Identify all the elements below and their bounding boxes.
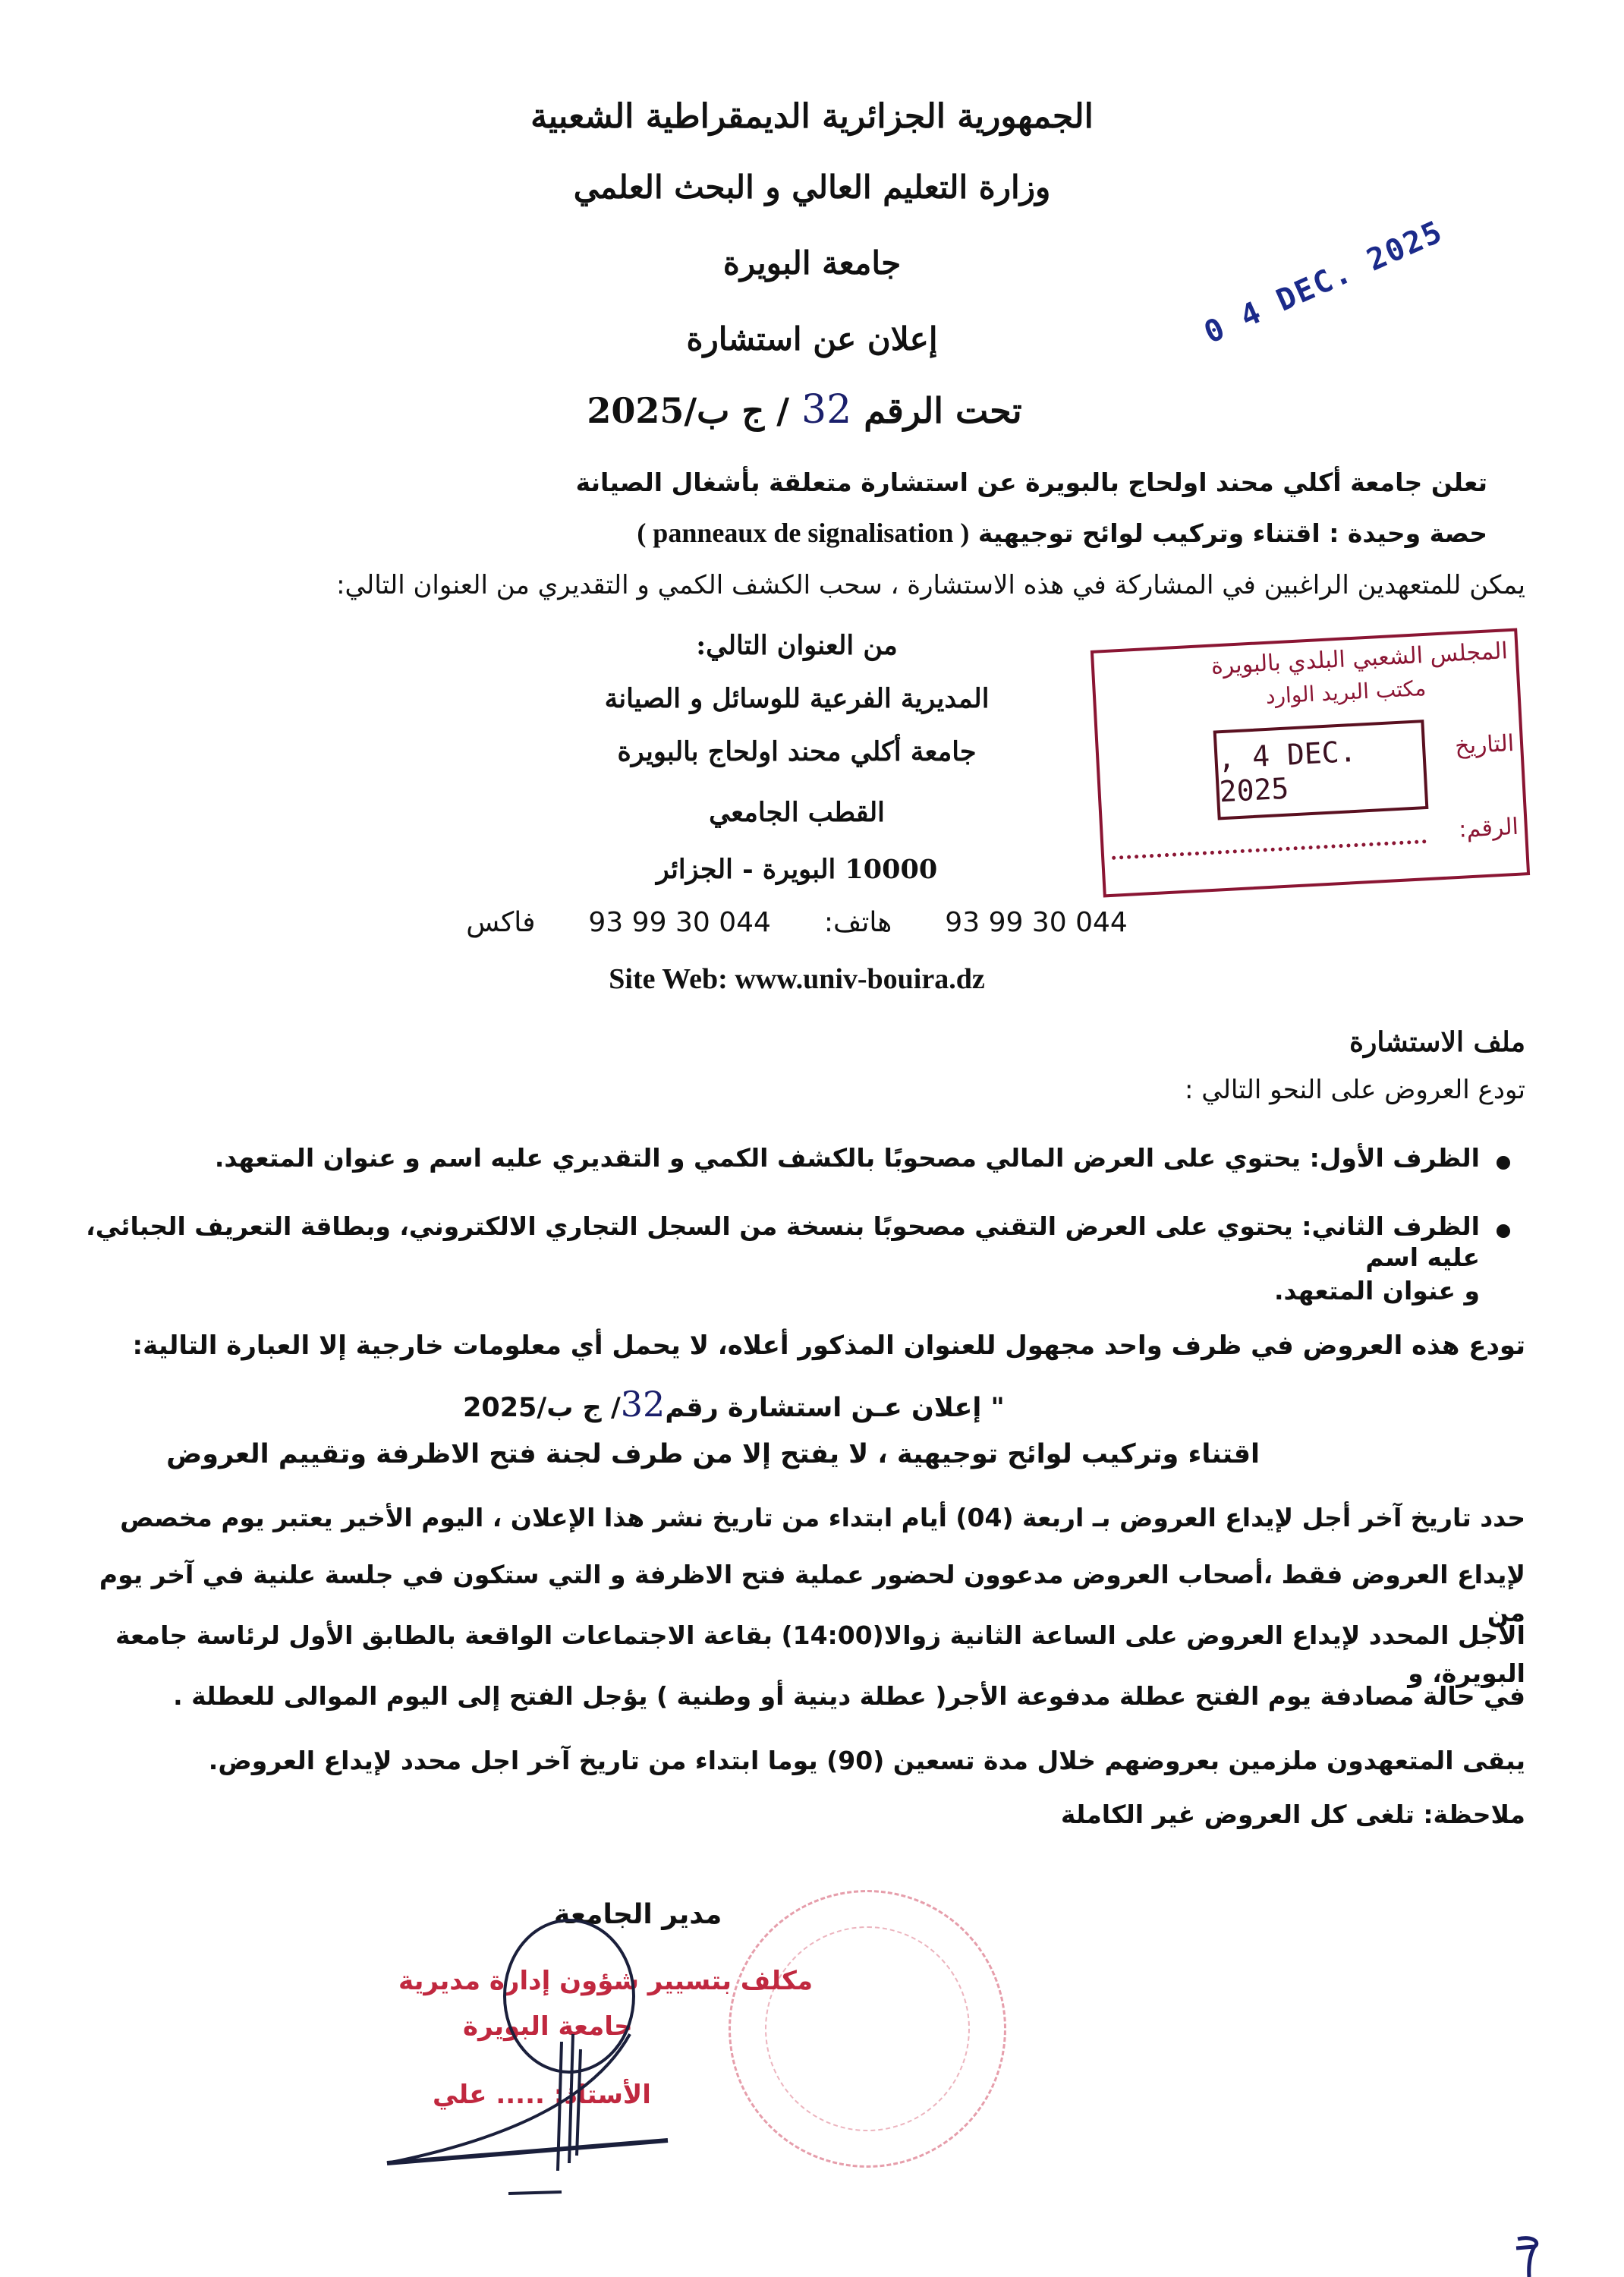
address-line-2: جامعة أكلي محند اولحاج بالبويرة [531,736,1062,767]
phone-label: هاتف: [824,907,892,938]
envelope-inscription-line-1: " إعلان عـن استشارة رقم32/ ج ب/2025 [463,1383,1005,1427]
bullet-icon [1497,1224,1510,1238]
condition-paragraph-5: يبقى المتعهدون ملزمين بعروضهم خلال مدة ت… [83,1742,1525,1780]
contact-line: 044 30 99 93 هاتف: 044 30 99 93 فاكس [471,907,1123,938]
note-line: ملاحظة: تلغى كل العروض غير الكاملة [1061,1799,1525,1830]
fax-label: فاكس [466,907,535,938]
withdraw-instructions: يمكن للمتعهدين الراغبين في المشاركة في ه… [336,569,1525,602]
stamp-office-name: مكتب البريد الوارد [1265,676,1427,709]
announcement-document: الجمهورية الجزائرية الديمقراطية الشعبية … [0,0,1624,2277]
envelope-1-text: يحتوي على العرض المالي مصحوبًا بالكشف ال… [215,1143,1301,1173]
ministry-header: وزارة التعليم العالي و البحث العلمي [0,168,1624,206]
website-link[interactable]: Site Web: www.univ-bouira.dz [531,962,1062,996]
incoming-mail-stamp: المجلس الشعبي البلدي بالبويرة مكتب البري… [1091,628,1530,897]
announcement-title: إعلان عن استشارة [0,320,1624,357]
inscription-number-handwritten: 32 [621,1384,666,1425]
bullet-icon [1497,1156,1510,1170]
lot-label: حصة وحيدة : اقتناء وتركيب لوائح توجيهية [978,518,1487,548]
address-line-1: المديرية الفرعية للوسائل و الصيانة [531,683,1062,714]
stamp-council-name: المجلس الشعبي البلدي بالبويرة [1210,638,1509,679]
condition-paragraph-4: في حالة مصادفة يوم الفتح عطلة مدفوعة الأ… [83,1677,1525,1715]
envelope-2-text: يحتوي على العرض التقني مصحوبًا بنسخة من … [86,1211,1480,1272]
lot-latin: ( panneaux de signalisation ) [637,518,969,548]
address-line-3: القطب الجامعي [531,797,1062,828]
fax-value: 044 30 99 93 [588,907,771,938]
page-initial-mark [1510,2224,1556,2277]
address-heading: من العنوان التالي: [531,630,1062,661]
file-section-title: ملف الاستشارة [1349,1026,1525,1058]
reference-prefix: تحت الرقم [864,390,1021,431]
reference-number-handwritten: 32 [801,387,851,433]
inscription-suffix: / ج ب/2025 [463,1393,621,1423]
handwritten-signature [379,1913,804,2201]
stamp-number-dotted-line [1112,839,1427,860]
envelope-inscription-line-2: اقتناء وتركيب لوائح توجيهية ، لا يفتح إل… [166,1438,1260,1472]
republic-header: الجمهورية الجزائرية الديمقراطية الشعبية [0,97,1624,136]
envelope-2-label: الظرف الثاني: [1301,1211,1480,1241]
envelope-2-continuation: و عنوان المتعهد. [1274,1275,1480,1306]
address-line-4: 10000 البويرة - الجزائر [531,854,1062,885]
inscription-prefix: " إعلان عـن استشارة رقم [665,1393,1004,1423]
phone-value: 044 30 99 93 [945,907,1128,938]
condition-paragraph-1: حدد تاريخ آخر أجل لإيداع العروض بـ اربعة… [83,1499,1525,1537]
deposit-intro: تودع العروض على النحو التالي : [1185,1074,1525,1107]
lot-line: حصة وحيدة : اقتناء وتركيب لوائح توجيهية … [637,516,1487,550]
list-item-envelope-1: الظرف الأول: يحتوي على العرض المالي مصحو… [215,1142,1510,1173]
intro-line: تعلن جامعة أكلي محند اولحاج بالبويرة عن … [576,467,1487,498]
stamp-number-label: الرقم: [1459,814,1519,843]
envelope-1-label: الظرف الأول: [1310,1143,1480,1173]
reference-line: تحت الرقم 32 / ج ب/2025 [577,387,1032,433]
list-item-envelope-2: الظرف الثاني: يحتوي على العرض التقني مصح… [68,1211,1510,1274]
stamp-date-box: , 4 DEC. 2025 [1213,720,1429,820]
stamp-date-label: التاريخ [1454,730,1515,760]
reference-suffix: / ج ب/2025 [587,390,789,431]
deposit-instructions: تودع هذه العروض في ظرف واحد مجهول للعنوا… [132,1330,1525,1362]
